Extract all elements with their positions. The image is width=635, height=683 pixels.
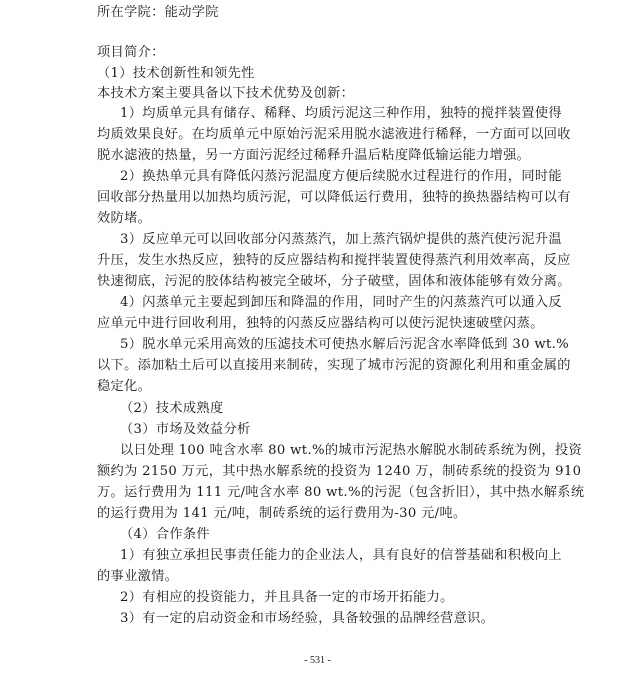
cond-2-line-1: 2）有相应的投资能力，并且具备一定的市场开拓能力。 xyxy=(120,590,454,606)
section-4-title: （4）合作条件 xyxy=(120,527,210,543)
para-1-line-2: 均质效果良好。在均质单元中原始污泥采用脱水滤液进行稀释，一方面可以回收 xyxy=(97,127,571,143)
para-2-line-3: 效防堵。 xyxy=(97,211,151,227)
para-4-line-1: 4）闪蒸单元主要起到卸压和降温的作用，同时产生的闪蒸蒸汽可以通入反 xyxy=(120,295,562,311)
para-3-line-2: 升压，发生水热反应，独特的反应器结构和搅拌装置使得蒸汽利用效率高，反应 xyxy=(97,253,571,269)
para-1-line-3: 脱水滤液的热量，另一方面污泥经过稀释升温后粘度降低输运能力增强。 xyxy=(97,148,530,164)
section-3-title: （3）市场及效益分析 xyxy=(120,422,251,438)
para-4-line-2: 应单元中进行回收利用，独特的闪蒸反应器结构可以使污泥快速破壁闪蒸。 xyxy=(97,316,544,332)
cond-1-line-1: 1）有独立承担民事责任能力的企业法人，具有良好的信誉基础和积极向上 xyxy=(120,548,562,564)
para-6-line-4: 的运行费用为 141 元/吨，制砖系统的运行费用为-30 元/吨。 xyxy=(97,506,467,522)
section-2-title: （2）技术成熟度 xyxy=(120,401,224,417)
para-5-line-1: 5）脱水单元采用高效的压滤技术可使热水解后污泥含水率降低到 30 wt.% xyxy=(120,337,569,353)
section-1-lead: 本技术方案主要具备以下技术优势及创新： xyxy=(97,86,354,102)
cond-1-line-2: 的事业激情。 xyxy=(97,569,178,585)
para-6-line-1: 以日处理 100 吨含水率 80 wt.%的城市污泥热水解脱水制砖系统为例，投资 xyxy=(120,443,582,459)
cond-3-line-1: 3）有一定的启动资金和市场经验，具备较强的品牌经营意识。 xyxy=(120,611,494,627)
intro-heading: 项目简介： xyxy=(97,45,165,61)
para-6-line-2: 额约为 2150 万元，其中热水解系统的投资为 1240 万，制砖系统的投资为 … xyxy=(97,464,581,480)
para-2-line-1: 2）换热单元具有降低闪蒸污泥温度方便后续脱水过程进行的作用，同时能 xyxy=(120,169,562,185)
para-5-line-2: 以下。添加粘土后可以直接用来制砖，实现了城市污泥的资源化利用和重金属的 xyxy=(97,358,571,374)
page-number: - 531 - xyxy=(0,655,635,666)
para-1-line-1: 1）均质单元具有储存、稀释、均质污泥这三种作用，独特的搅拌装置使得 xyxy=(120,106,562,122)
para-6-line-3: 万。运行费用为 111 元/吨含水率 80 wt.%的污泥（包含折旧），其中热水… xyxy=(97,485,584,501)
para-5-line-3: 稳定化。 xyxy=(97,379,151,395)
college-line: 所在学院：能动学院 xyxy=(97,5,219,21)
para-3-line-1: 3）反应单元可以回收部分闪蒸蒸汽，加上蒸汽锅炉提供的蒸汽使污泥升温 xyxy=(120,232,562,248)
section-1-title: （1）技术创新性和领先性 xyxy=(97,66,255,82)
document-page: 所在学院：能动学院 项目简介： （1）技术创新性和领先性 本技术方案主要具备以下… xyxy=(0,0,635,683)
para-2-line-2: 回收部分热量用以加热均质污泥，可以降低运行费用，独特的换热器结构可以有 xyxy=(97,190,571,206)
para-3-line-3: 快速彻底，污泥的胶体结构被完全破坏，分子破壁，固体和液体能够有效分离。 xyxy=(97,274,571,290)
